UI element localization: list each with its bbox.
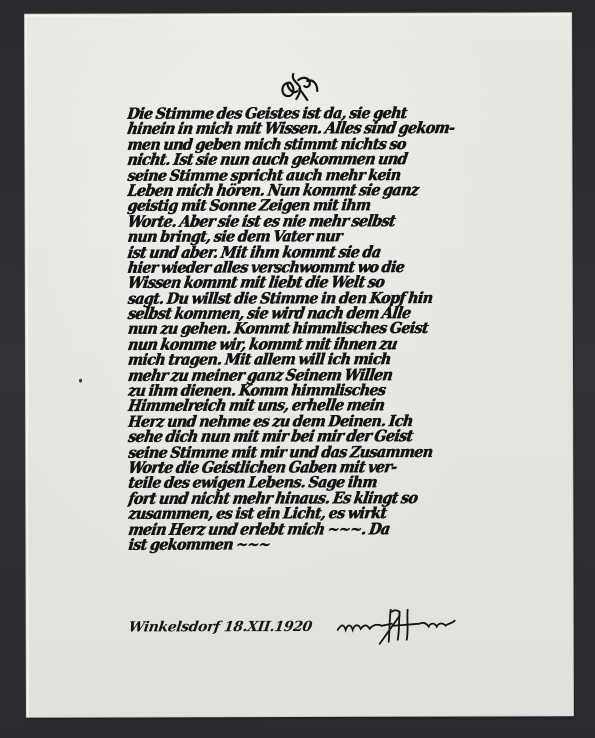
manuscript-footer: Winkelsdorf 18.XII.1920 (129, 614, 469, 655)
picture-frame: Die Stimme des Geistes ist da, sie geht … (0, 0, 595, 738)
monogram-icon (277, 69, 321, 103)
body-line: ist gekommen ~~~ (128, 537, 470, 555)
handwritten-body: Die Stimme des Geistes ist da, sie geht … (127, 107, 468, 554)
signature-icon (334, 602, 459, 650)
ink-speck (79, 379, 82, 383)
paper-edge (25, 15, 29, 717)
manuscript-sheet: Die Stimme des Geistes ist da, sie geht … (25, 13, 573, 716)
paper-edge (25, 13, 571, 16)
place-date: Winkelsdorf 18.XII.1920 (128, 619, 313, 635)
